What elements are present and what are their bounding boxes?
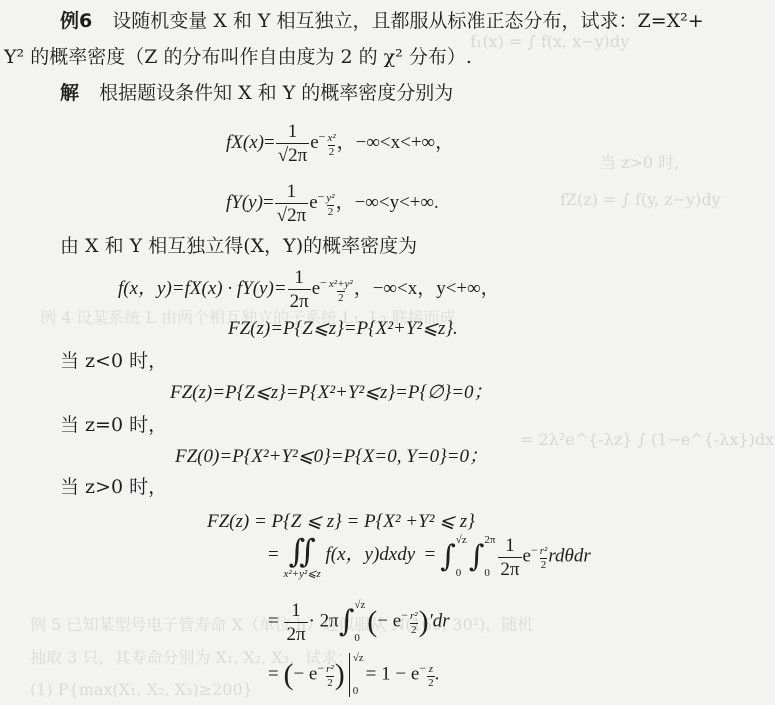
fx-range: ，−∞<x<+∞， [337,132,454,153]
evaluation-bar [349,653,350,697]
fraction: 12π [288,268,311,311]
frac-den: 2π [288,289,311,311]
exponent-fraction: y²2 [325,193,335,218]
evaluation-limits: √z0 [353,653,364,697]
equation-case-negative: FZ(z)=P{Z⩽z}=P{X²+Y²⩽z}=P{∅}=0； [170,383,493,402]
joint-lhs: f(x，y)=fX(x) · fY(y)= [118,278,287,299]
fy-lhs: fY(y) [226,192,263,213]
derivative-tail: ′dr [429,610,450,631]
integral-limits: 2π0 [484,535,495,579]
fraction: 12π [284,601,307,644]
exponent-fraction: r²2 [325,664,335,689]
upper-limit: √z [456,535,467,546]
document-page: f₁(x) = ∫ f(x, x−y)dy 当 z>0 时, fZ(z) = ∫… [0,0,775,705]
fx-lhs: fX(x) [226,132,264,153]
frac-num: 1 [285,182,299,203]
solution-intro-text: 根据题设条件知 X 和 Y 的概率密度分别为 [99,82,453,104]
lower-limit: 0 [456,568,467,579]
exp-den: 2 [328,145,336,158]
equation-fy: fY(y)=1√2πe−y²2，−∞<y<+∞. [226,182,439,225]
bleed-through-text: (1) P{max(X₁, X₂, X₃)≥200} [30,680,253,699]
example-statement-line1: 例6 设随机变量 X 和 Y 相互独立，且都服从标准正态分布，试求：Z=X²+ [60,12,704,31]
case-positive-label: 当 z>0 时， [60,478,167,497]
exp-num: x² [326,133,336,145]
exp-num: x²+y² [328,279,354,291]
integrand: f(x，y)dxdy [326,544,416,565]
integral-r-icon: ∫ [440,539,456,574]
exponent-fraction: x²2 [326,133,336,158]
exp-den: 2 [337,291,345,304]
fraction: 12π [498,536,521,579]
equation-case-positive-4: = (− e−r²2)√z0= 1 − e−z2. [268,653,439,697]
example-label: 例6 [60,10,92,32]
lower-limit: 0 [353,686,364,697]
solution-label: 解 [60,82,79,104]
integral-limits: √z0 [456,535,467,579]
example-statement-line2: Y² 的概率密度（Z 的分布叫作自由度为 2 的 χ² 分布）. [4,48,472,67]
upper-limit: √z [353,653,364,664]
frac-num: 1 [286,122,300,143]
joint-density-intro: 由 X 和 Y 相互独立得(X，Y)的概率密度为 [60,237,417,256]
equation-joint-density: f(x，y)=fX(x) · fY(y)=12πe−x²+y²2，−∞<x，y<… [118,268,500,311]
joint-range: ，−∞<x，y<+∞， [354,278,500,299]
integral-region: x²+y²⩽z [283,569,320,580]
bleed-through-text: f₁(x) = ∫ f(x, x−y)dy [470,32,629,51]
case-zero-label: 当 z=0 时， [60,416,167,435]
example-text: 设随机变量 X 和 Y 相互独立，且都服从标准正态分布，试求：Z=X²+ [112,10,703,32]
exponent-fraction: r²2 [539,546,549,571]
integral-tail: rdθdr [548,545,590,566]
fy-range: ，−∞<y<+∞. [336,192,439,213]
double-integral: ∬x²+y²⩽z [283,535,320,580]
upper-limit: 2π [484,535,495,546]
coefficient: · 2π [309,610,339,631]
equation-cdf: FZ(z)=P{Z⩽z}=P{X²+Y²⩽z}. [228,319,458,338]
frac-num: 1 [292,268,306,289]
bleed-through-text: 当 z>0 时, [600,150,679,173]
case-negative-label: 当 z<0 时， [60,352,167,371]
frac-den: √2π [276,143,310,165]
exp-den: 2 [327,205,335,218]
bleed-through-text: fZ(z) = ∫ f(y, z−y)dy [560,190,721,209]
exponent-fraction: z2 [427,664,435,689]
equation-case-positive-1: FZ(z) = P{Z ⩽ z} = P{X² +Y² ⩽ z} [207,512,475,531]
exponent-fraction: r²2 [409,611,419,636]
lower-limit: 0 [354,633,365,644]
fraction: 1√2π [275,182,309,225]
exp-num: y² [325,193,335,205]
fraction: 1√2π [276,122,310,165]
equation-case-positive-3: = 12π· 2π∫√z0(− e−r²2)′dr [268,600,450,644]
exp-num: z [428,664,434,676]
frac-den: √2π [275,203,309,225]
integral-limits: √z0 [354,600,365,644]
equation-case-zero: FZ(0)=P{X²+Y²⩽0}=P{X=0, Y=0}=0； [175,447,488,466]
exp-den: 2 [427,676,435,689]
lower-limit: 0 [484,568,495,579]
equation-fx: fX(x)=1√2πe−x²2，−∞<x<+∞， [226,122,454,165]
integral-icon: ∫ [339,604,355,639]
exponent-fraction: x²+y²2 [328,279,354,304]
upper-limit: √z [354,600,365,611]
bleed-through-text: = 2λ²e^{-λz} ∫ (1−e^{-λx})dx [520,430,774,449]
integral-theta-icon: ∫ [469,539,485,574]
solution-intro: 解 根据题设条件知 X 和 Y 的概率密度分别为 [60,84,453,103]
equation-case-positive-2: = ∬x²+y²⩽z f(x，y)dxdy = ∫√z0∫2π012πe−r²2… [268,535,591,580]
result: = 1 − e [366,663,420,684]
